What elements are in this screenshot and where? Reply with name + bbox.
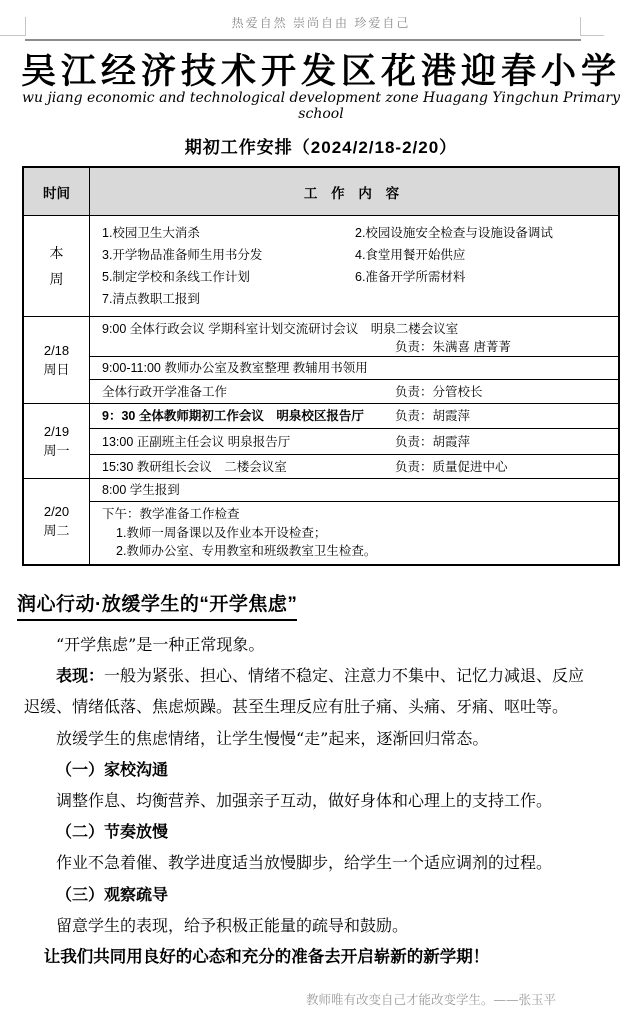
entry-text: 全体行政开学准备工作 xyxy=(102,385,227,399)
essay-paragraph: 留意学生的表现，给予积极正能量的疏导和鼓励。 xyxy=(24,910,620,941)
table-row-week: 本 周 1.校园卫生大消杀 2.校园设施安全检查与设施设备调试 3.开学物品准备… xyxy=(23,216,619,317)
essay-subheading: （三）观察疏导 xyxy=(24,879,620,910)
table-row-feb18: 9:00-11:00 教师办公室及教室整理 教辅用书领用 xyxy=(23,357,619,380)
essay-body: “开学焦虑”是一种正常现象。 表现：一般为紧张、担心、情绪不稳定、注意力不集中、… xyxy=(24,629,620,972)
table-row-feb18: 全体行政开学准备工作 负责：分管校长 xyxy=(23,380,619,404)
essay-paragraph: 放缓学生的焦虑情绪，让学生慢慢“走”起来，逐渐回归常态。 xyxy=(24,723,620,754)
table-row-feb19: 2/19 周一 9：30 全体教师期初工作会议 明泉校区报告厅 负责：胡霞萍 xyxy=(23,404,619,429)
entry-text: 下午：教学准备工作检查 xyxy=(102,505,614,524)
entry-text: 9:00-11:00 教师办公室及教室整理 教辅用书领用 xyxy=(102,361,368,375)
time-cell-feb19: 2/19 周一 xyxy=(23,404,90,479)
entry-owner: 负责：胡霞萍 xyxy=(395,433,470,451)
header-rule xyxy=(25,39,581,41)
table-row-feb20: 2/20 周二 8:00 学生报到 xyxy=(23,479,619,502)
essay-paragraph: “开学焦虑”是一种正常现象。 xyxy=(24,629,620,660)
essay-closing: 让我们共同用良好的心态和充分的准备去开启崭新的新学期！ xyxy=(24,941,620,972)
margin-corner-mark-right xyxy=(580,35,604,36)
schedule-cell: 13:00 正副班主任会议 明泉报告厅 负责：胡霞萍 xyxy=(90,429,620,455)
essay-subheading: （一）家校沟通 xyxy=(24,754,620,785)
schedule-cell: 9:00-11:00 教师办公室及教室整理 教辅用书领用 xyxy=(90,357,620,380)
entry-text: 9：30 全体教师期初工作会议 明泉校区报告厅 xyxy=(102,409,364,423)
entry-owner: 负责：胡霞萍 xyxy=(395,407,470,425)
entry-text: 13:00 正副班主任会议 明泉报告厅 xyxy=(102,435,290,449)
time-cell-week: 本 周 xyxy=(23,216,90,317)
schedule-entry: 9:00-11:00 教师办公室及教室整理 教辅用书领用 xyxy=(90,359,618,377)
essay-heading: 润心行动·放缓学生的“开学焦虑” xyxy=(17,589,297,621)
schedule-entry: 9：30 全体教师期初工作会议 明泉校区报告厅 负责：胡霞萍 xyxy=(90,407,618,425)
week-task: 2.校园设施安全检查与设施设备调试 xyxy=(355,222,614,244)
entry-text: 1.教师一周备课以及作业本开设检查； xyxy=(102,524,614,543)
table-header-row: 时间 工 作 内 容 xyxy=(23,167,619,216)
essay-paragraph: 调整作息、均衡营养、加强亲子互动，做好身体和心理上的支持工作。 xyxy=(24,785,620,816)
week-task: 3.开学物品准备师生用书分发 xyxy=(102,244,355,266)
date-label: 2/19 xyxy=(24,422,89,441)
table-row-feb19: 13:00 正副班主任会议 明泉报告厅 负责：胡霞萍 xyxy=(23,429,619,455)
schedule-cell: 8:00 学生报到 xyxy=(90,479,620,502)
schedule-cell: 9：30 全体教师期初工作会议 明泉校区报告厅 负责：胡霞萍 xyxy=(90,404,620,429)
entry-text: 15:30 教研组长会议 二楼会议室 xyxy=(102,460,287,474)
week-task: 5.制定学校和条线工作计划 xyxy=(102,266,355,288)
page-motto: 热爱自然 崇尚自由 珍爱自己 xyxy=(0,14,642,31)
schedule-entry: 13:00 正副班主任会议 明泉报告厅 负责：胡霞萍 xyxy=(90,433,618,451)
time-cell-feb20: 2/20 周二 xyxy=(23,479,90,565)
essay-subheading: （二）节奏放慢 xyxy=(24,816,620,847)
schedule-cell: 全体行政开学准备工作 负责：分管校长 xyxy=(90,380,620,404)
schedule-entry: 全体行政开学准备工作 负责：分管校长 xyxy=(90,383,618,401)
col-header-time-label: 时间 xyxy=(43,186,70,201)
table-row-feb18: 2/18 周日 9:00 全体行政会议 学期科室计划交流研讨会议 明泉二楼会议室… xyxy=(23,317,619,357)
essay-paragraph: 表现：一般为紧张、担心、情绪不稳定、注意力不集中、记忆力减退、反应 xyxy=(24,660,620,691)
week-task: 4.食堂用餐开始供应 xyxy=(355,244,614,266)
margin-corner-mark-right xyxy=(580,17,581,36)
week-task: 1.校园卫生大消杀 xyxy=(102,222,355,244)
col-header-content-label: 工 作 内 容 xyxy=(304,186,404,201)
date-label: 2/18 xyxy=(24,341,89,360)
essay-label: 表现： xyxy=(56,666,104,685)
table-row-feb19: 15:30 教研组长会议 二楼会议室 负责：质量促进中心 xyxy=(23,455,619,479)
week-task-grid: 1.校园卫生大消杀 2.校园设施安全检查与设施设备调试 3.开学物品准备师生用书… xyxy=(90,216,618,316)
footer-quote: 教师唯有改变自己才能改变学生。——张玉平 xyxy=(0,990,556,1008)
weekday-label: 周二 xyxy=(24,521,89,540)
week-content-cell: 1.校园卫生大消杀 2.校园设施安全检查与设施设备调试 3.开学物品准备师生用书… xyxy=(90,216,620,317)
entry-owner: 负责：分管校长 xyxy=(395,383,483,401)
time-cell-feb18: 2/18 周日 xyxy=(23,317,90,404)
entry-owner: 负责：朱满喜 唐菁菁 xyxy=(102,338,614,356)
entry-text: 8:00 学生报到 xyxy=(102,483,180,497)
entry-text: 9:00 全体行政会议 学期科室计划交流研讨会议 明泉二楼会议室 xyxy=(102,320,614,338)
week-task: 6.准备开学所需材料 xyxy=(355,266,614,288)
entry-owner: 负责：质量促进中心 xyxy=(395,458,508,476)
essay-paragraph: 作业不急着催、教学进度适当放慢脚步，给学生一个适应调剂的过程。 xyxy=(24,847,620,878)
time-cell-week-line1: 本 xyxy=(24,240,89,266)
schedule-table: 时间 工 作 内 容 本 周 1.校园卫生大消杀 2.校园设施安全检查与设施设备… xyxy=(22,166,620,566)
col-header-content: 工 作 内 容 xyxy=(90,167,620,216)
margin-corner-mark-left xyxy=(0,35,25,36)
schedule-entry: 9:00 全体行政会议 学期科室计划交流研讨会议 明泉二楼会议室 负责：朱满喜 … xyxy=(90,317,618,356)
schedule-entry: 8:00 学生报到 xyxy=(90,481,618,499)
school-name-english: wu jiang economic and technological deve… xyxy=(0,90,642,122)
weekday-label: 周一 xyxy=(24,441,89,460)
weekday-label: 周日 xyxy=(24,360,89,379)
schedule-cell: 15:30 教研组长会议 二楼会议室 负责：质量促进中心 xyxy=(90,455,620,479)
schedule-cell: 9:00 全体行政会议 学期科室计划交流研讨会议 明泉二楼会议室 负责：朱满喜 … xyxy=(90,317,620,357)
entry-text: 2.教师办公室、专用教室和班级教室卫生检查。 xyxy=(102,542,614,561)
table-row-feb20: 下午：教学准备工作检查 1.教师一周备课以及作业本开设检查； 2.教师办公室、专… xyxy=(23,502,619,565)
essay-paragraph: 迟缓、情绪低落、焦虑烦躁。甚至生理反应有肚子痛、头痛、牙痛、呕吐等。 xyxy=(24,691,620,722)
school-name-chinese: 吴江经济技术开发区花港迎春小学 xyxy=(0,44,642,94)
week-task: 7.清点教职工报到 xyxy=(102,288,355,310)
schedule-entry: 下午：教学准备工作检查 1.教师一周备课以及作业本开设检查； 2.教师办公室、专… xyxy=(90,502,618,564)
schedule-entry: 15:30 教研组长会议 二楼会议室 负责：质量促进中心 xyxy=(90,458,618,476)
essay-text: 一般为紧张、担心、情绪不稳定、注意力不集中、记忆力减退、反应 xyxy=(104,666,584,685)
margin-corner-mark-left xyxy=(25,17,26,36)
col-header-time: 时间 xyxy=(23,167,90,216)
time-cell-week-line2: 周 xyxy=(24,266,89,292)
date-label: 2/20 xyxy=(24,502,89,521)
schedule-cell: 下午：教学准备工作检查 1.教师一周备课以及作业本开设检查； 2.教师办公室、专… xyxy=(90,502,620,565)
document-title: 期初工作安排（2024/2/18-2/20） xyxy=(0,133,642,158)
